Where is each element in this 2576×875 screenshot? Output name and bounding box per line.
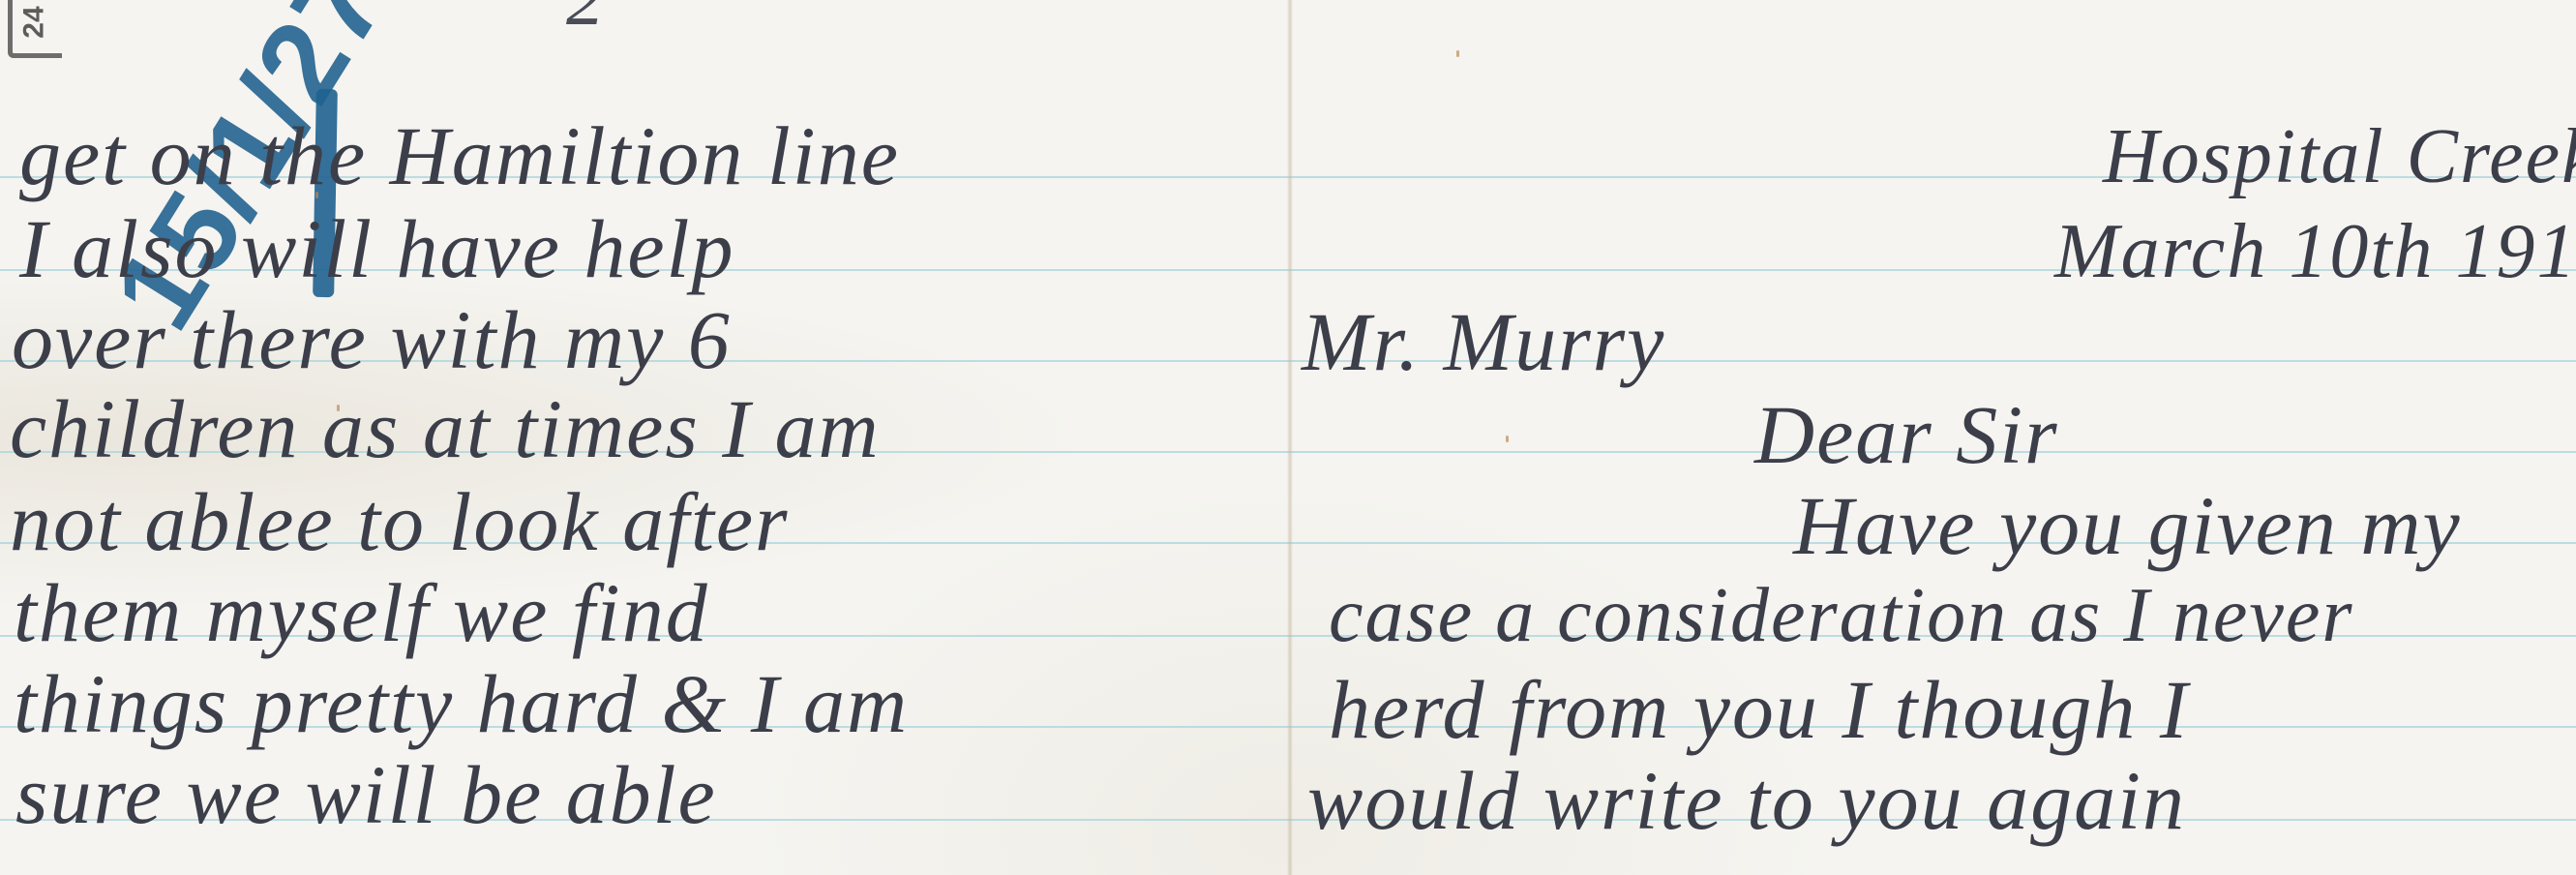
letter-line: sure we will be able [15,753,717,836]
letter-line: children as at times I am [10,387,881,470]
letter-line: things pretty hard & I am [14,662,909,745]
letter-date: March 10th 1915 [2054,213,2576,290]
letter-line: would write to you again [1307,759,2186,842]
archival-page-mark: 24 [8,0,62,58]
right-page: Hospital Creek March 10th 1915 Mr. Murry… [1290,0,2576,875]
letter-addressee: Mr. Murry [1302,300,1665,383]
letter-line: I also will have help [19,207,734,290]
letter-salutation: Dear Sir [1754,393,2059,476]
letter-line: herd from you I though I [1329,668,2190,751]
paper-speck [337,405,340,411]
letter-line: get on the Hamiltion line [19,114,900,197]
paper-speck [1506,436,1509,442]
letter-line: Have you given my [1793,484,2462,567]
letter-line: not ablee to look after [10,480,790,563]
left-page: 24 2 15/1/27 get on the Hamiltion line I… [0,0,1290,875]
letter-line: case a consideration as I never [1329,577,2354,654]
letter-scan: 24 2 15/1/27 get on the Hamiltion line I… [0,0,2576,875]
letter-line: them myself we find [14,571,709,654]
page-number: 2 [566,0,604,43]
paper-speck [315,192,318,198]
paper-speck [1456,50,1459,57]
letter-place: Hospital Creek [2103,118,2576,196]
letter-line: over there with my 6 [12,298,732,381]
